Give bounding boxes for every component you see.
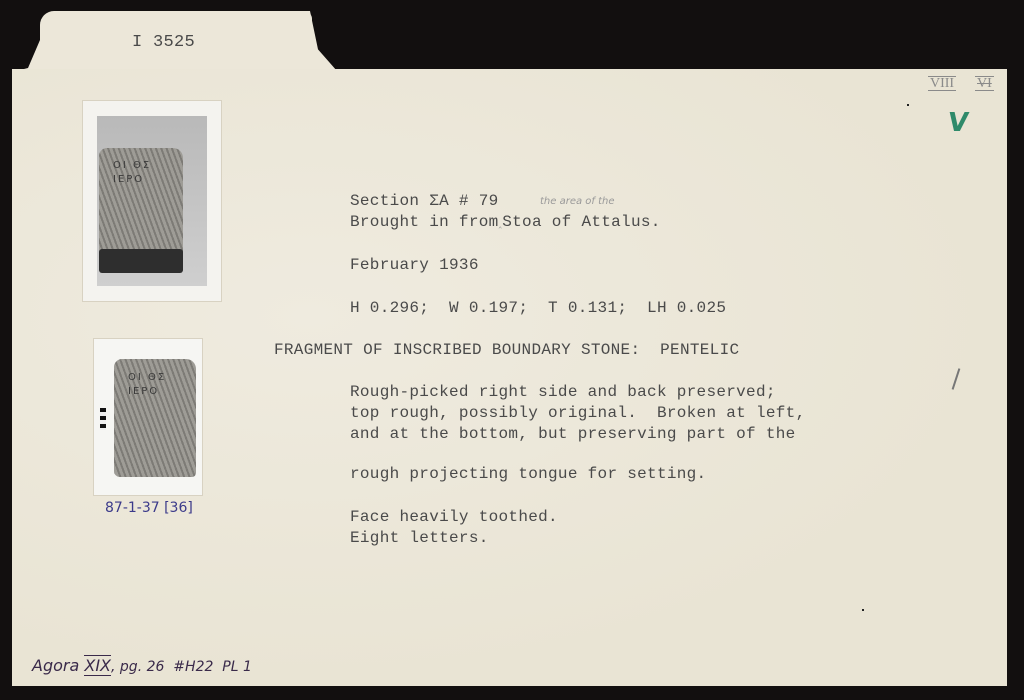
card-tab-slant bbox=[296, 11, 336, 75]
notes-line: Face heavily toothed. bbox=[350, 508, 558, 526]
description-line: top rough, possibly original. Broken at … bbox=[350, 404, 805, 422]
location: Stoa of Attalus. bbox=[502, 213, 660, 231]
description-line: and at the bottom, but preserving part o… bbox=[350, 425, 796, 443]
paper-speck bbox=[907, 104, 909, 106]
object-title: FRAGMENT OF INSCRIBED BOUNDARY STONE: PE… bbox=[274, 341, 739, 359]
paper-speck bbox=[862, 609, 864, 611]
corner-mark-left: VIII bbox=[928, 76, 956, 91]
inventory-number: I 3525 bbox=[132, 33, 195, 52]
object-photo-detail: ΟΙ ΘΣ ΙΕΡΟ bbox=[93, 338, 203, 496]
reference-prefix: Agora bbox=[32, 656, 79, 675]
reference-volume: XIX bbox=[84, 655, 111, 676]
inscription-letters: ΟΙ ΘΣ ΙΕΡΟ bbox=[113, 159, 151, 187]
handwritten-insert: the area of the bbox=[540, 196, 615, 207]
negative-number: 87-1-37 [36] bbox=[105, 500, 193, 516]
dimensions: H 0.296; W 0.197; T 0.131; LH 0.025 bbox=[350, 299, 726, 317]
description-line: rough projecting tongue for setting. bbox=[350, 465, 706, 483]
description-line: Rough-picked right side and back preserv… bbox=[350, 383, 776, 401]
check-mark-icon: V bbox=[946, 108, 970, 138]
corner-mark-right: VI bbox=[975, 76, 994, 91]
notes-line: Eight letters. bbox=[350, 529, 489, 547]
inscription-letters: ΟΙ ΘΣ ΙΕΡΟ bbox=[128, 371, 166, 399]
date: February 1936 bbox=[350, 256, 479, 274]
publication-reference: Agora XIX, pg. 26 #H22 PL 1 bbox=[32, 656, 252, 675]
photo-scale-bar bbox=[100, 408, 106, 430]
section-line: Section ΣA # 79 bbox=[350, 192, 499, 210]
stone-base-image bbox=[99, 249, 183, 273]
object-photo-front: ΟΙ ΘΣ ΙΕΡΟ bbox=[82, 100, 222, 302]
reference-details: , pg. 26 #H22 PL 1 bbox=[111, 659, 252, 675]
brought-label: Brought in from bbox=[350, 213, 499, 231]
brought-in-line: Brought in from‸Stoa of Attalus. bbox=[350, 213, 661, 231]
